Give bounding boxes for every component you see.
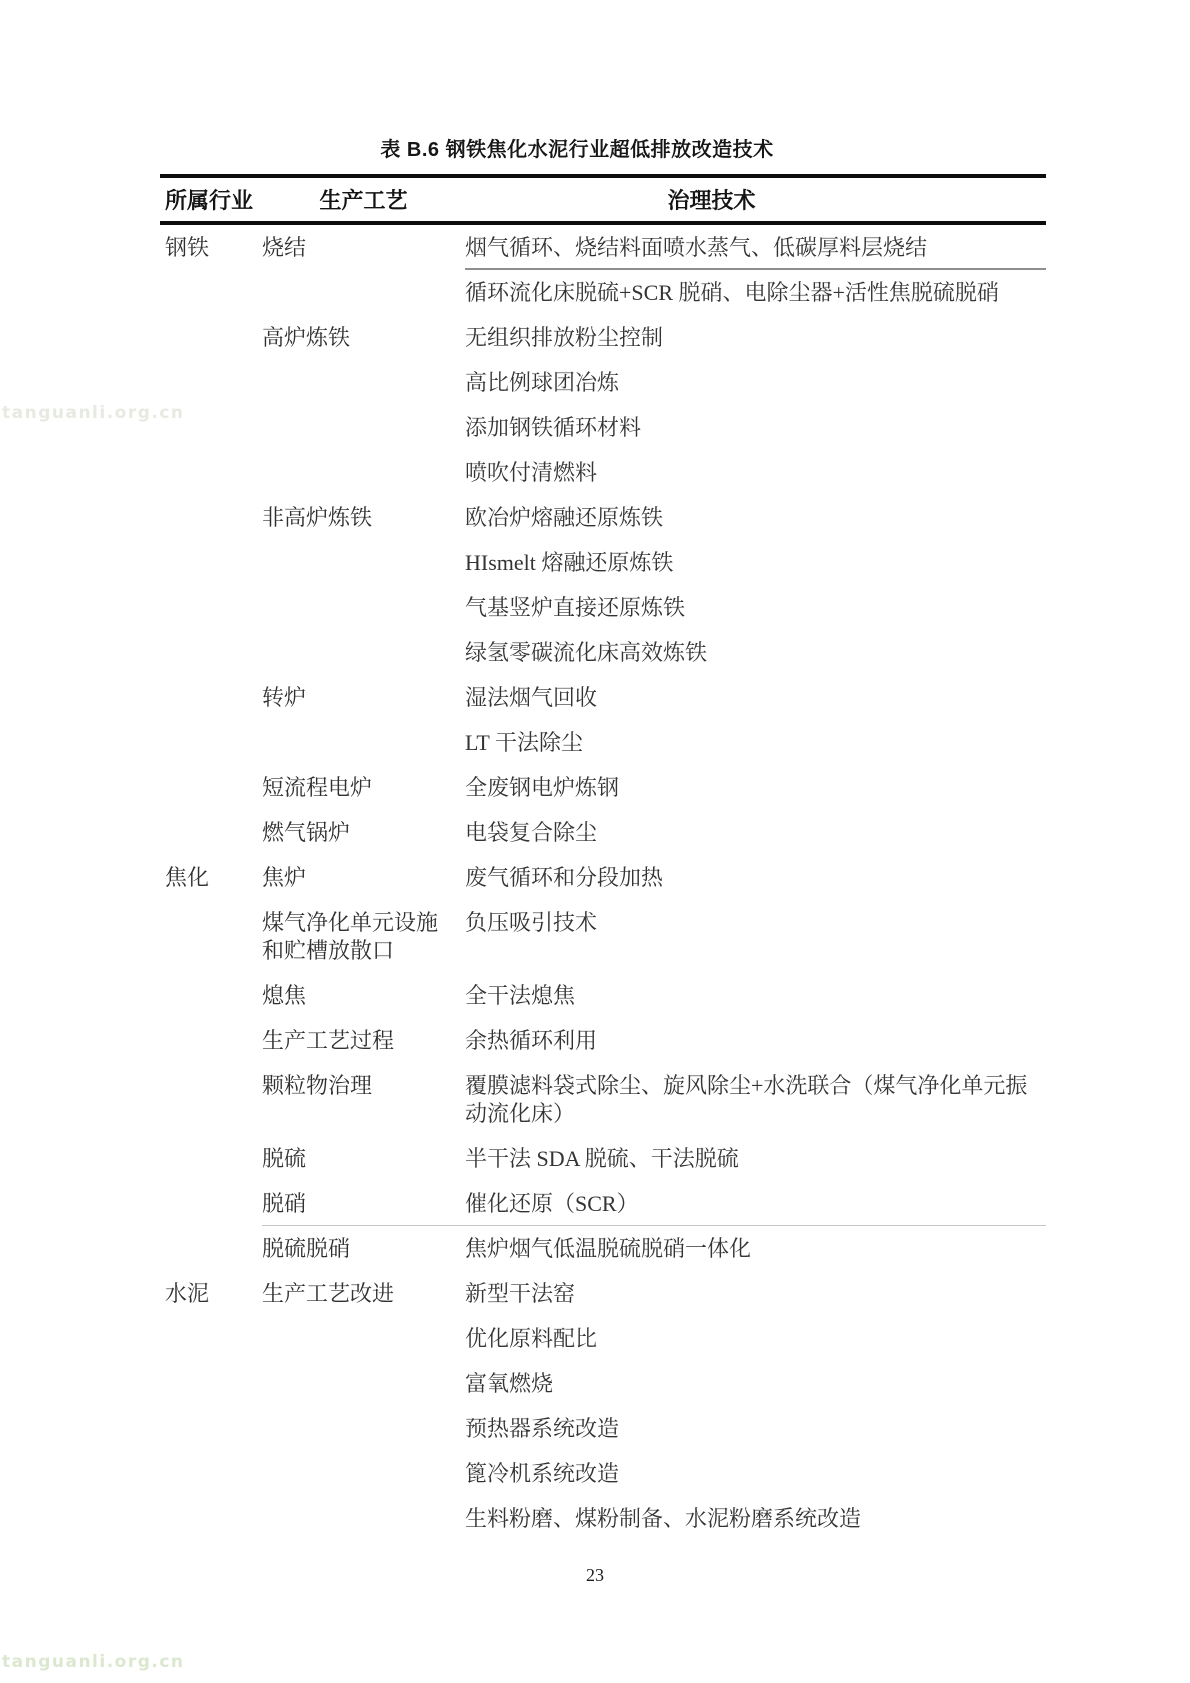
technology-cell: 全废钢电炉炼钢 bbox=[465, 774, 1046, 802]
table-row: 煤气净化单元设施和贮槽放散口 负压吸引技术 bbox=[160, 900, 1046, 973]
process-cell: 脱硫 bbox=[262, 1145, 465, 1173]
process-cell: 焦炉 bbox=[262, 864, 465, 892]
technology-cell: 全干法熄焦 bbox=[465, 982, 1046, 1010]
process-cell: 高炉炼铁 bbox=[262, 324, 465, 352]
technology-cell: 余热循环利用 bbox=[465, 1027, 1046, 1055]
table-row: 水泥 生产工艺改进 新型干法窑 bbox=[160, 1271, 1046, 1316]
table-body: 钢铁 烧结 烟气循环、烧结料面喷水蒸气、低碳厚料层烧结 循环流化床脱硫+SCR … bbox=[160, 225, 1046, 1541]
table-row: 高炉炼铁 无组织排放粉尘控制 bbox=[160, 315, 1046, 360]
technology-cell: 绿氢零碳流化床高效炼铁 bbox=[465, 639, 1046, 667]
technology-cell: 生料粉磨、煤粉制备、水泥粉磨系统改造 bbox=[465, 1505, 1046, 1533]
process-cell: 熄焦 bbox=[262, 982, 465, 1010]
process-cell: 短流程电炉 bbox=[262, 774, 465, 802]
industry-cell: 焦化 bbox=[160, 864, 262, 892]
process-cell: 非高炉炼铁 bbox=[262, 504, 465, 532]
technology-cell: HIsmelt 熔融还原炼铁 bbox=[465, 549, 1046, 577]
table-title: 表 B.6 钢铁焦化水泥行业超低排放改造技术 bbox=[134, 136, 1020, 164]
technology-cell: 烟气循环、烧结料面喷水蒸气、低碳厚料层烧结 bbox=[465, 234, 1046, 262]
technology-cell: 湿法烟气回收 bbox=[465, 684, 1046, 712]
technology-cell: 新型干法窑 bbox=[465, 1280, 1046, 1308]
technology-cell: 焦炉烟气低温脱硫脱硝一体化 bbox=[465, 1235, 1046, 1263]
process-cell: 转炉 bbox=[262, 684, 465, 712]
technology-cell: 优化原料配比 bbox=[465, 1325, 1046, 1353]
table-row: LT 干法除尘 bbox=[160, 720, 1046, 765]
table-row: 气基竖炉直接还原炼铁 bbox=[160, 585, 1046, 630]
table-row: 循环流化床脱硫+SCR 脱硝、电除尘器+活性焦脱硫脱硝 bbox=[160, 270, 1046, 315]
technology-cell: 富氧燃烧 bbox=[465, 1370, 1046, 1398]
table-row: 颗粒物治理 覆膜滤料袋式除尘、旋风除尘+水洗联合（煤气净化单元振动流化床） bbox=[160, 1063, 1046, 1136]
table-row: 优化原料配比 bbox=[160, 1316, 1046, 1361]
industry-cell: 水泥 bbox=[160, 1280, 262, 1308]
technology-cell: 喷吹付清燃料 bbox=[465, 459, 1046, 487]
process-cell: 生产工艺过程 bbox=[262, 1027, 465, 1055]
process-cell: 颗粒物治理 bbox=[262, 1072, 465, 1100]
column-header-technology: 治理技术 bbox=[421, 184, 1002, 215]
watermark-bottom: tanguanli.org.cn bbox=[2, 1652, 185, 1672]
data-table: 所属行业 生产工艺 治理技术 钢铁 烧结 烟气循环、烧结料面喷水蒸气、低碳厚料层… bbox=[160, 174, 1046, 1541]
table-header-row: 所属行业 生产工艺 治理技术 bbox=[160, 178, 1046, 221]
table-row: 非高炉炼铁 欧冶炉熔融还原炼铁 bbox=[160, 495, 1046, 540]
table-row: 绿氢零碳流化床高效炼铁 bbox=[160, 630, 1046, 675]
table-row: 生料粉磨、煤粉制备、水泥粉磨系统改造 bbox=[160, 1496, 1046, 1541]
table-row: 生产工艺过程 余热循环利用 bbox=[160, 1018, 1046, 1063]
table-row: 转炉 湿法烟气回收 bbox=[160, 675, 1046, 720]
table-row: 高比例球团冶炼 bbox=[160, 360, 1046, 405]
table-row: 喷吹付清燃料 bbox=[160, 450, 1046, 495]
table-row: 预热器系统改造 bbox=[160, 1406, 1046, 1451]
table-row: 短流程电炉 全废钢电炉炼钢 bbox=[160, 765, 1046, 810]
watermark-mid: tanguanli.org.cn bbox=[2, 403, 185, 423]
technology-cell: 欧冶炉熔融还原炼铁 bbox=[465, 504, 1046, 532]
process-cell: 脱硝 bbox=[262, 1190, 465, 1218]
technology-cell: 添加钢铁循环材料 bbox=[465, 414, 1046, 442]
process-cell: 煤气净化单元设施和贮槽放散口 bbox=[262, 909, 465, 965]
technology-cell: 气基竖炉直接还原炼铁 bbox=[465, 594, 1046, 622]
process-cell: 生产工艺改进 bbox=[262, 1280, 465, 1308]
table-row: 脱硫脱硝 焦炉烟气低温脱硫脱硝一体化 bbox=[160, 1226, 1046, 1271]
technology-cell: LT 干法除尘 bbox=[465, 729, 1046, 757]
technology-cell: 循环流化床脱硫+SCR 脱硝、电除尘器+活性焦脱硫脱硝 bbox=[465, 279, 1046, 307]
table-row: 富氧燃烧 bbox=[160, 1361, 1046, 1406]
table-row: 脱硫 半干法 SDA 脱硫、干法脱硫 bbox=[160, 1136, 1046, 1181]
page-number: 23 bbox=[0, 1561, 1190, 1589]
technology-cell: 负压吸引技术 bbox=[465, 909, 1046, 937]
table-row: 熄焦 全干法熄焦 bbox=[160, 973, 1046, 1018]
process-cell: 燃气锅炉 bbox=[262, 819, 465, 847]
table-row: 添加钢铁循环材料 bbox=[160, 405, 1046, 450]
table-row: HIsmelt 熔融还原炼铁 bbox=[160, 540, 1046, 585]
table-row: 脱硝 催化还原（SCR） bbox=[160, 1181, 1046, 1226]
technology-cell: 废气循环和分段加热 bbox=[465, 864, 1046, 892]
technology-cell: 催化还原（SCR） bbox=[465, 1190, 1046, 1218]
table-row: 篦冷机系统改造 bbox=[160, 1451, 1046, 1496]
technology-cell: 半干法 SDA 脱硫、干法脱硫 bbox=[465, 1145, 1046, 1173]
technology-cell: 高比例球团冶炼 bbox=[465, 369, 1046, 397]
industry-cell: 钢铁 bbox=[160, 234, 262, 262]
table-row: 钢铁 烧结 烟气循环、烧结料面喷水蒸气、低碳厚料层烧结 bbox=[160, 225, 1046, 270]
technology-cell: 无组织排放粉尘控制 bbox=[465, 324, 1046, 352]
technology-cell: 电袋复合除尘 bbox=[465, 819, 1046, 847]
technology-cell: 预热器系统改造 bbox=[465, 1415, 1046, 1443]
technology-cell: 覆膜滤料袋式除尘、旋风除尘+水洗联合（煤气净化单元振动流化床） bbox=[465, 1072, 1046, 1128]
table-row: 燃气锅炉 电袋复合除尘 bbox=[160, 810, 1046, 855]
table-row: 焦化 焦炉 废气循环和分段加热 bbox=[160, 855, 1046, 900]
column-header-industry: 所属行业 bbox=[160, 184, 262, 215]
process-cell: 脱硫脱硝 bbox=[262, 1235, 465, 1263]
process-cell: 烧结 bbox=[262, 234, 465, 262]
technology-cell: 篦冷机系统改造 bbox=[465, 1460, 1046, 1488]
